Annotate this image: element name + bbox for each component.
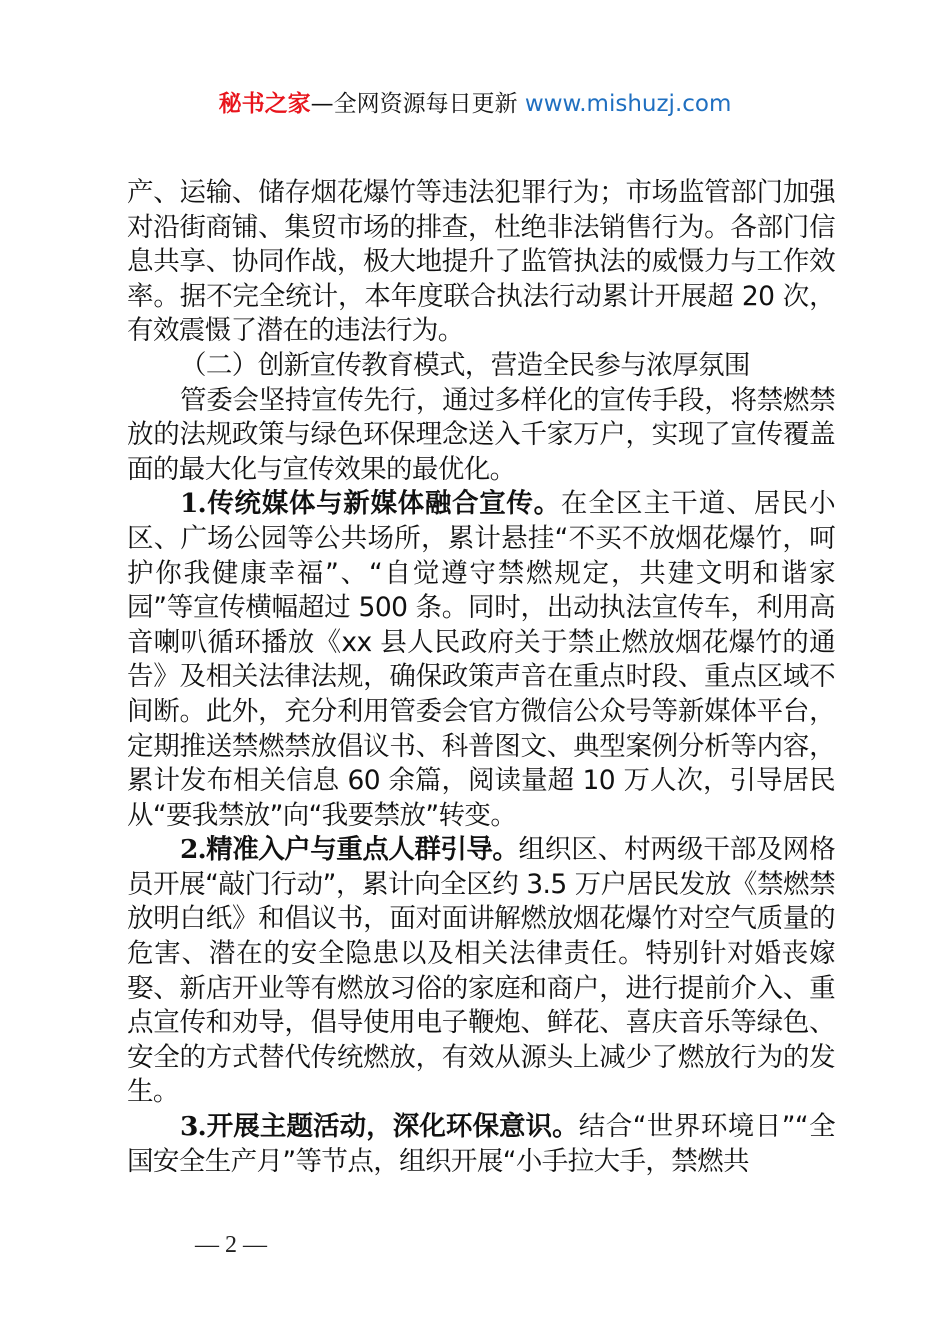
- site-url-link[interactable]: www.mishuzj.com: [525, 91, 731, 117]
- item-2-title: 2.精准入户与重点人群引导。: [180, 834, 518, 865]
- paragraph-enforcement: 产、运输、储存烟花爆竹等违法犯罪行为；市场监管部门加强对沿街商铺、集贸市场的排查…: [127, 176, 835, 349]
- item-2-body: 组织区、村两级干部及网格员开展“敲门行动”，累计向全区约 3.5 万户居民发放《…: [127, 834, 835, 1107]
- paragraph-publicity-intro: 管委会坚持宣传先行，通过多样化的宣传手段，将禁燃禁放的法规政策与绿色环保理念送入…: [127, 384, 835, 488]
- item-1: 1.传统媒体与新媒体融合宣传。在全区主干道、居民小区、广场公园等公共场所，累计悬…: [127, 487, 835, 833]
- item-1-body: 在全区主干道、居民小区、广场公园等公共场所，累计悬挂“不买不放烟花爆竹，呵护你我…: [127, 488, 835, 830]
- document-body: 产、运输、储存烟花爆竹等违法犯罪行为；市场监管部门加强对沿街商铺、集贸市场的排查…: [127, 176, 835, 1179]
- item-3: 3.开展主题活动，深化环保意识。结合“世界环境日”“全国安全生产月”等节点，组织…: [127, 1110, 835, 1179]
- page-number: — 2 —: [195, 1232, 267, 1259]
- brand-name: 秘书之家: [219, 91, 311, 117]
- item-1-title: 1.传统媒体与新媒体融合宣传。: [180, 488, 561, 519]
- header-slogan: —全网资源每日更新: [311, 91, 525, 117]
- item-3-title: 3.开展主题活动，深化环保意识。: [180, 1111, 579, 1142]
- section-heading-2: （二）创新宣传教育模式，营造全民参与浓厚氛围: [127, 349, 835, 384]
- site-header: 秘书之家—全网资源每日更新 www.mishuzj.com: [0, 86, 950, 122]
- item-2: 2.精准入户与重点人群引导。组织区、村两级干部及网格员开展“敲门行动”，累计向全…: [127, 833, 835, 1110]
